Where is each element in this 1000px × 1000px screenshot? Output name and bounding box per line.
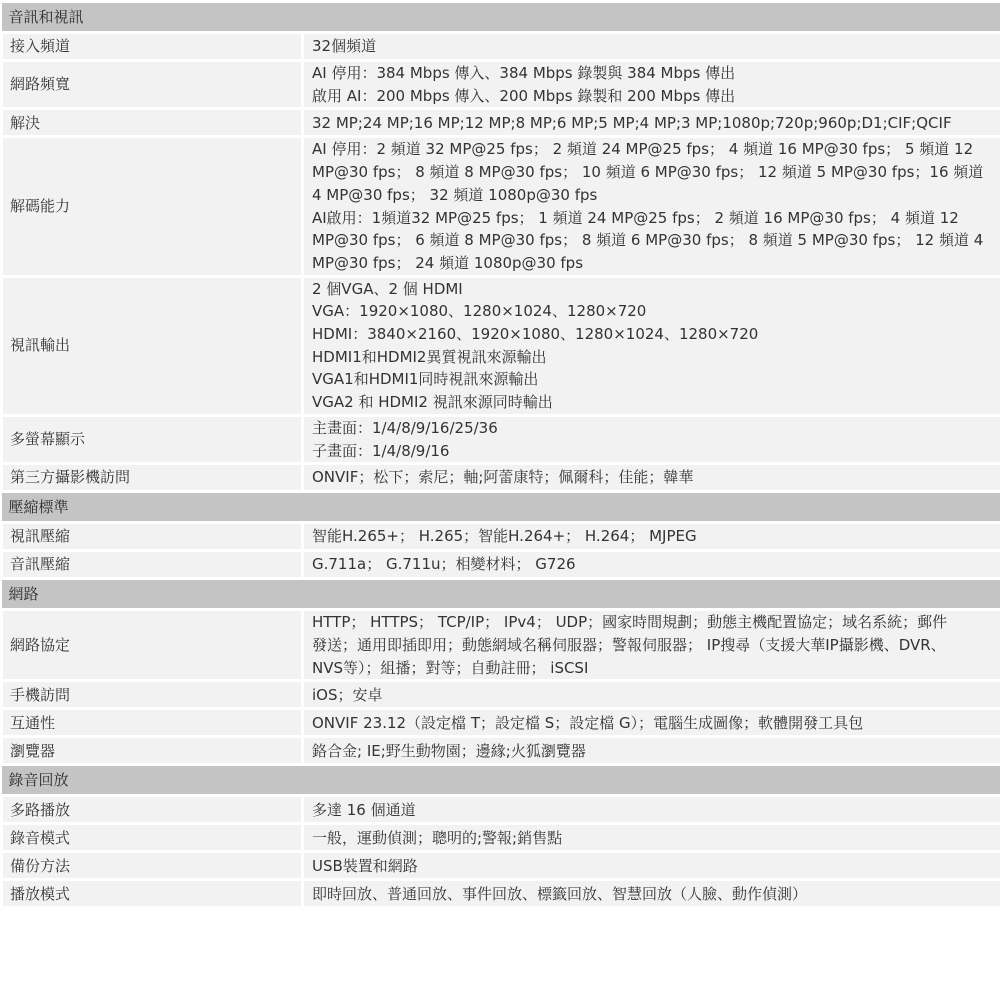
spec-value-line: AI啟用：1頻道32 MP@25 fps； 1 頻道 24 MP@25 fps；… <box>312 207 994 230</box>
spec-row: 視訊輸出 2 個VGA、2 個 HDMIVGA：1920×1080、1280×1… <box>2 276 1000 415</box>
spec-value-line: 32 MP;24 MP;16 MP;12 MP;8 MP;6 MP;5 MP;4… <box>312 112 994 135</box>
spec-label: 播放模式 <box>2 880 303 908</box>
spec-value: AI 停用：2 頻道 32 MP@25 fps； 2 頻道 24 MP@25 f… <box>303 137 1000 276</box>
spec-value: 智能H.265+； H.265；智能H.264+； H.264； MJPEG <box>303 523 1000 551</box>
section-title: 音訊和視訊 <box>2 2 1000 33</box>
spec-value-line: MP@30 fps； 6 頻道 8 MP@30 fps； 8 頻道 6 MP@3… <box>312 229 994 252</box>
spec-value-line: 發送；通用即插即用；動態網域名稱伺服器；警報伺服器； IP搜尋（支援大華IP攝影… <box>312 634 994 657</box>
spec-row: 網路協定 HTTP； HTTPS； TCP/IP； IPv4； UDP；國家時間… <box>2 610 1000 681</box>
spec-label: 視訊壓縮 <box>2 523 303 551</box>
spec-label: 網路協定 <box>2 610 303 681</box>
spec-row: 備份方法 USB裝置和網路 <box>2 852 1000 880</box>
section-header: 音訊和視訊 <box>2 2 1000 33</box>
spec-value: ONVIF；松下；索尼；軸;阿蕾康特；佩爾科；佳能；韓華 <box>303 464 1000 492</box>
spec-label: 音訊壓縮 <box>2 551 303 579</box>
spec-value: 鉻合金; IE;野生動物園；邊緣;火狐瀏覽器 <box>303 737 1000 765</box>
spec-row: 多路播放 多達 16 個通道 <box>2 796 1000 824</box>
section-header: 錄音回放 <box>2 765 1000 796</box>
spec-table: 音訊和視訊 接入頻道 32個頻道 網路頻寬 AI 停用：384 Mbps 傳入、… <box>0 0 1000 909</box>
spec-value: G.711a； G.711u；相變材料； G726 <box>303 551 1000 579</box>
spec-row: 第三方攝影機訪問 ONVIF；松下；索尼；軸;阿蕾康特；佩爾科；佳能；韓華 <box>2 464 1000 492</box>
spec-value-line: 智能H.265+； H.265；智能H.264+； H.264； MJPEG <box>312 525 994 548</box>
spec-value: 32 MP;24 MP;16 MP;12 MP;8 MP;6 MP;5 MP;4… <box>303 109 1000 137</box>
spec-value: iOS；安卓 <box>303 681 1000 709</box>
spec-value-line: AI 停用：2 頻道 32 MP@25 fps； 2 頻道 24 MP@25 f… <box>312 138 994 161</box>
spec-label: 瀏覽器 <box>2 737 303 765</box>
spec-row: 錄音模式 一般，運動偵測；聰明的;警報;銷售點 <box>2 824 1000 852</box>
spec-value-line: 一般，運動偵測；聰明的;警報;銷售點 <box>312 827 994 850</box>
spec-value-line: 2 個VGA、2 個 HDMI <box>312 278 994 301</box>
section-title: 錄音回放 <box>2 765 1000 796</box>
spec-value-line: HDMI：3840×2160、1920×1080、1280×1024、1280×… <box>312 323 994 346</box>
spec-value-line: USB裝置和網路 <box>312 855 994 878</box>
spec-row: 音訊壓縮 G.711a； G.711u；相變材料； G726 <box>2 551 1000 579</box>
spec-label: 網路頻寬 <box>2 61 303 109</box>
section-title: 壓縮標準 <box>2 492 1000 523</box>
spec-label: 備份方法 <box>2 852 303 880</box>
spec-value: 2 個VGA、2 個 HDMIVGA：1920×1080、1280×1024、1… <box>303 276 1000 415</box>
spec-value-line: 即時回放、普通回放、事件回放、標籤回放、智慧回放（人臉、動作偵測） <box>312 883 994 906</box>
spec-value: 主畫面：1/4/8/9/16/25/36子畫面：1/4/8/9/16 <box>303 415 1000 463</box>
section-title: 網路 <box>2 579 1000 610</box>
spec-value-line: 多達 16 個通道 <box>312 799 994 822</box>
spec-value-line: MP@30 fps； 24 頻道 1080p@30 fps <box>312 252 994 275</box>
spec-value-line: NVS等）；組播；對等；自動註冊； iSCSI <box>312 657 994 680</box>
spec-value-line: HTTP； HTTPS； TCP/IP； IPv4； UDP；國家時間規劃；動態… <box>312 611 994 634</box>
spec-label: 互通性 <box>2 709 303 737</box>
spec-value-line: VGA1和HDMI1同時視訊來源輸出 <box>312 368 994 391</box>
spec-value-line: 32個頻道 <box>312 35 994 58</box>
spec-row: 瀏覽器 鉻合金; IE;野生動物園；邊緣;火狐瀏覽器 <box>2 737 1000 765</box>
section-header: 網路 <box>2 579 1000 610</box>
spec-value-line: VGA：1920×1080、1280×1024、1280×720 <box>312 300 994 323</box>
spec-value-line: AI 停用：384 Mbps 傳入、384 Mbps 錄製與 384 Mbps … <box>312 62 994 85</box>
spec-value-line: 4 MP@30 fps； 32 頻道 1080p@30 fps <box>312 184 994 207</box>
spec-row: 解碼能力 AI 停用：2 頻道 32 MP@25 fps； 2 頻道 24 MP… <box>2 137 1000 276</box>
spec-value: HTTP； HTTPS； TCP/IP； IPv4； UDP；國家時間規劃；動態… <box>303 610 1000 681</box>
spec-label: 錄音模式 <box>2 824 303 852</box>
spec-row: 接入頻道 32個頻道 <box>2 33 1000 61</box>
spec-value-line: ONVIF；松下；索尼；軸;阿蕾康特；佩爾科；佳能；韓華 <box>312 466 994 489</box>
spec-label: 接入頻道 <box>2 33 303 61</box>
spec-value: 32個頻道 <box>303 33 1000 61</box>
spec-label: 視訊輸出 <box>2 276 303 415</box>
spec-row: 視訊壓縮 智能H.265+； H.265；智能H.264+； H.264； MJ… <box>2 523 1000 551</box>
spec-value-line: ONVIF 23.12（設定檔 T；設定檔 S；設定檔 G）；電腦生成圖像；軟體… <box>312 712 994 735</box>
spec-row: 手機訪問 iOS；安卓 <box>2 681 1000 709</box>
spec-value: 即時回放、普通回放、事件回放、標籤回放、智慧回放（人臉、動作偵測） <box>303 880 1000 908</box>
spec-value-line: G.711a； G.711u；相變材料； G726 <box>312 553 994 576</box>
spec-label: 多螢幕顯示 <box>2 415 303 463</box>
spec-value: ONVIF 23.12（設定檔 T；設定檔 S；設定檔 G）；電腦生成圖像；軟體… <box>303 709 1000 737</box>
spec-row: 網路頻寬 AI 停用：384 Mbps 傳入、384 Mbps 錄製與 384 … <box>2 61 1000 109</box>
spec-value: 一般，運動偵測；聰明的;警報;銷售點 <box>303 824 1000 852</box>
spec-value-line: HDMI1和HDMI2異質視訊來源輸出 <box>312 346 994 369</box>
spec-label: 解決 <box>2 109 303 137</box>
spec-row: 互通性 ONVIF 23.12（設定檔 T；設定檔 S；設定檔 G）；電腦生成圖… <box>2 709 1000 737</box>
spec-value: 多達 16 個通道 <box>303 796 1000 824</box>
section-header: 壓縮標準 <box>2 492 1000 523</box>
spec-value-line: 主畫面：1/4/8/9/16/25/36 <box>312 417 994 440</box>
spec-value: AI 停用：384 Mbps 傳入、384 Mbps 錄製與 384 Mbps … <box>303 61 1000 109</box>
spec-table-body: 音訊和視訊 接入頻道 32個頻道 網路頻寬 AI 停用：384 Mbps 傳入、… <box>2 2 1000 908</box>
spec-value-line: MP@30 fps； 8 頻道 8 MP@30 fps； 10 頻道 6 MP@… <box>312 161 994 184</box>
spec-value-line: VGA2 和 HDMI2 視訊來源同時輸出 <box>312 391 994 414</box>
spec-row: 多螢幕顯示 主畫面：1/4/8/9/16/25/36子畫面：1/4/8/9/16 <box>2 415 1000 463</box>
spec-row: 解決 32 MP;24 MP;16 MP;12 MP;8 MP;6 MP;5 M… <box>2 109 1000 137</box>
spec-label: 手機訪問 <box>2 681 303 709</box>
spec-value-line: 啟用 AI：200 Mbps 傳入、200 Mbps 錄製和 200 Mbps … <box>312 85 994 108</box>
spec-value-line: iOS；安卓 <box>312 684 994 707</box>
spec-label: 第三方攝影機訪問 <box>2 464 303 492</box>
spec-value-line: 鉻合金; IE;野生動物園；邊緣;火狐瀏覽器 <box>312 740 994 763</box>
spec-label: 解碼能力 <box>2 137 303 276</box>
spec-label: 多路播放 <box>2 796 303 824</box>
spec-row: 播放模式 即時回放、普通回放、事件回放、標籤回放、智慧回放（人臉、動作偵測） <box>2 880 1000 908</box>
spec-value-line: 子畫面：1/4/8/9/16 <box>312 440 994 463</box>
spec-value: USB裝置和網路 <box>303 852 1000 880</box>
